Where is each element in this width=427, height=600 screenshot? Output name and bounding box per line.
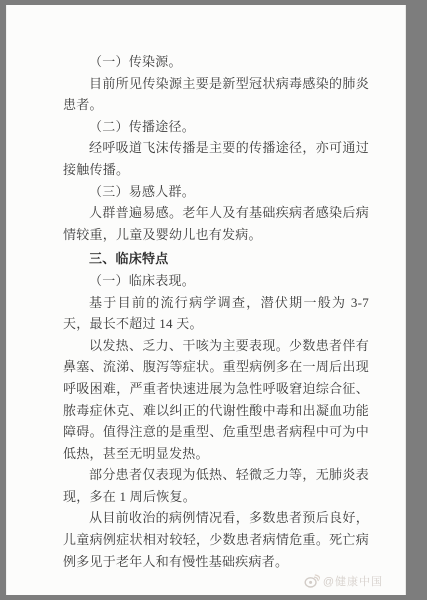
paragraph: （一）传染源。: [63, 51, 369, 73]
weibo-logo-icon: [304, 574, 320, 588]
paragraph: 基于目前的流行病学调查，潜伏期一般为 3-7 天，最长不超过 14 天。: [63, 292, 369, 335]
paragraph: 部分患者仅表现为低热、轻微乏力等，无肺炎表现，多在 1 周后恢复。: [63, 464, 369, 507]
paragraph: （三）易感人群。: [63, 181, 369, 203]
watermark-text: @健康中国: [323, 573, 383, 589]
watermark: @健康中国: [304, 573, 383, 589]
paragraph: 人群普遍易感。老年人及有基础疾病者感染后病情较重，儿童及婴幼儿也有发病。: [63, 202, 369, 245]
document-body: （一）传染源。目前所见传染源主要是新型冠状病毒感染的肺炎患者。（二）传播途径。经…: [63, 51, 369, 572]
paragraph: 以发热、乏力、干咳为主要表现。少数患者伴有鼻塞、流涕、腹泻等症状。重型病例多在一…: [63, 335, 369, 465]
paragraph: 目前所见传染源主要是新型冠状病毒感染的肺炎患者。: [63, 73, 369, 116]
paragraph: （二）传播途径。: [63, 116, 369, 138]
paragraph: （一）临床表现。: [63, 270, 369, 292]
paragraph: 从目前收治的病例情况看，多数患者预后良好，儿童病例症状相对较轻，少数患者病情危重…: [63, 507, 369, 572]
paragraph: 经呼吸道飞沫传播是主要的传播途径，亦可通过接触传播。: [63, 137, 369, 180]
paragraph: 三、临床特点: [63, 248, 369, 270]
document-page: （一）传染源。目前所见传染源主要是新型冠状病毒感染的肺炎患者。（二）传播途径。经…: [6, 5, 406, 595]
